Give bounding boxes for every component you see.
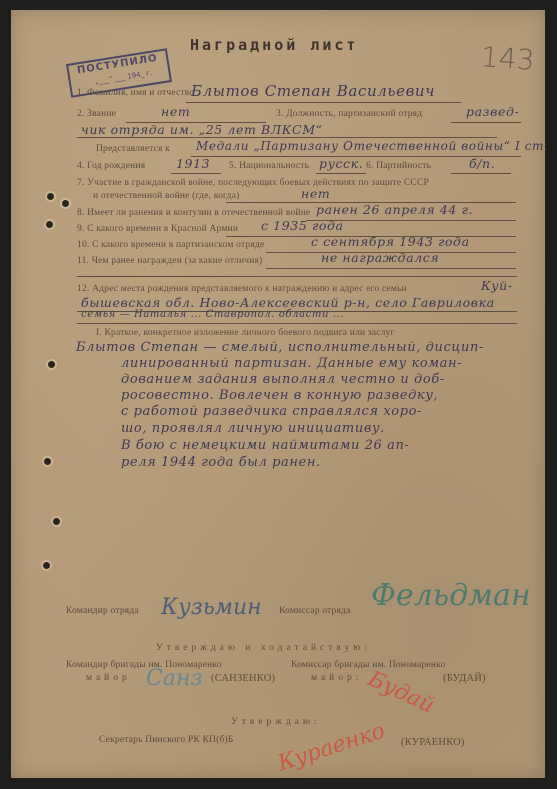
field-12-label: 12. Адрес места рождения представляемого… (77, 284, 407, 294)
detachment-commissar-signature: Фельдман (371, 578, 531, 613)
field-5-underline (316, 173, 366, 174)
field-3-underline-cont (77, 137, 497, 138)
field-3-underline (451, 122, 521, 123)
field-4-underline (171, 173, 221, 174)
binding-hole-icon (62, 200, 69, 207)
detachment-commander-label: Командир отряда (66, 606, 139, 616)
citation-line-1: Блытов Степан — смелый, исполнительный, … (76, 340, 484, 356)
field-1-underline (186, 102, 461, 103)
citation-line-3: дованием задания выполнял честно и доб- (121, 372, 445, 388)
brigade-commander-signature: Санз (146, 666, 202, 691)
citation-line-2: линированный партизан. Данные ему коман- (121, 356, 462, 372)
section-heading: I. Краткое, конкретное изложение личного… (96, 328, 395, 338)
secretary-name: (КУРАЕНКО) (401, 737, 465, 748)
field-2-value: нет (161, 104, 190, 119)
detachment-commissar-label: Комиссар отряда (279, 606, 350, 616)
brigade-commissar-name: (БУДАЙ) (443, 673, 486, 684)
award-sheet-paper: ПОСТУПИЛО „___“ ___ 194_ г. Наградной ли… (11, 10, 545, 778)
secretary-signature: Кураенко (275, 718, 388, 776)
citation-line-4: росовестно. Вовлечен в конную разведку, (121, 388, 438, 404)
approve-petition-heading: Утверждаю и ходатайствую: (156, 643, 371, 653)
document-title: Наградной лист (190, 36, 358, 54)
binding-hole-icon (44, 458, 51, 465)
field-3-value: развед- (466, 104, 519, 119)
field-6-label: 6. Партийность (366, 161, 431, 171)
field-6-value: б/п. (469, 156, 495, 171)
binding-hole-icon (46, 221, 53, 228)
presented-value: Медали „Партизану Отечественной войны“ I… (196, 139, 548, 153)
field-4-label: 4. Год рождения (77, 161, 145, 171)
field-6-underline (451, 173, 511, 174)
brigade-commissar-label: Комиссар бригады им. Пономаренко (291, 660, 445, 670)
binding-hole-icon (48, 361, 55, 368)
field-4-value: 1913 (176, 156, 210, 171)
brigade-commissar-signature: Будай (364, 666, 438, 718)
field-12-value-cont2: семья — Наталья ... Ставропол. области .… (81, 309, 344, 320)
field-7-value: нет (301, 186, 330, 201)
citation-line-6: шо, проявлял личную инициативу. (121, 421, 385, 437)
field-12-value-cont: бышевская обл. Ново-Алексеевский р-н, се… (81, 295, 495, 310)
binding-hole-icon (53, 518, 60, 525)
field-1-value: Блытов Степан Васильевич (191, 82, 435, 100)
citation-line-8: реля 1944 года был ранен. (121, 455, 321, 471)
binding-hole-icon (43, 562, 50, 569)
citation-line-7: В бою с немецкими наймитами 26 ап- (121, 438, 409, 454)
field-2-label: 2. Звание (77, 109, 116, 119)
brigade-commander-name: (САНЗЕНКО) (211, 673, 275, 684)
field-10-value: с сентября 1943 года (311, 234, 470, 249)
field-11-value: не награждался (321, 250, 439, 265)
field-12-value: Куй- (481, 278, 513, 293)
presented-label: Представляется к (96, 144, 170, 154)
separator-line (77, 276, 517, 277)
field-3-value-cont: чик отряда им. „25 лет ВЛКСМ“ (81, 122, 323, 137)
field-9-value: с 1935 года (261, 218, 344, 233)
archive-number: 143 (480, 40, 536, 77)
brigade-commander-rank: майор (86, 673, 131, 683)
field-12-underline-2 (77, 323, 517, 324)
field-10-label: 10. С какого времени в партизанском отря… (77, 240, 264, 250)
field-11-underline (266, 268, 516, 269)
binding-hole-icon (47, 193, 54, 200)
field-11-label: 11. Чем ранее награжден (за какие отличи… (77, 256, 262, 266)
approved-heading: Утверждаю: (231, 717, 321, 727)
brigade-commissar-rank: майор: (311, 673, 362, 683)
field-1-label: 1. Фамилия, имя и отчество (77, 88, 194, 98)
citation-line-5: с работой разведчика справлялся хоро- (121, 404, 422, 420)
field-3-label: 3. Должность, партизанский отряд (276, 109, 422, 119)
field-5-value: русск. (319, 156, 363, 171)
detachment-commander-signature: Кузьмин (161, 595, 262, 620)
field-5-label: 5. Национальность (229, 161, 309, 171)
field-8-label: 8. Имеет ли ранения и контузии в отечест… (77, 208, 310, 218)
field-8-value: ранен 26 апреля 44 г. (316, 202, 473, 217)
field-9-label: 9. С какого времени в Красной Армии (77, 224, 238, 234)
field-7-label: 7. Участие в гражданской войне, последую… (77, 178, 429, 188)
secretary-label: Секретарь Пинского РК КП(б)Б (99, 735, 234, 745)
field-7-label-cont: и отечественной войне (где, когда) (93, 191, 239, 201)
